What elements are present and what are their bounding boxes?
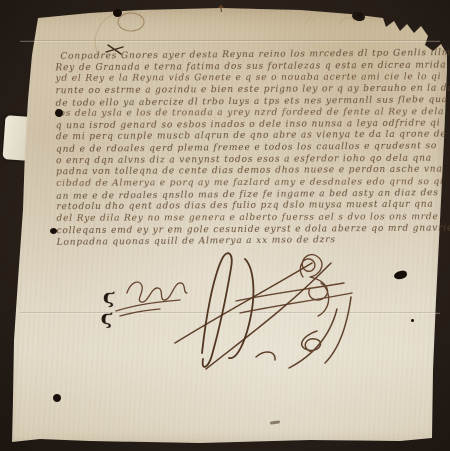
invocation-cross-mark: ✝ xyxy=(216,3,226,15)
ink-blot xyxy=(55,109,63,117)
photo-background: Conpadres Gnores ayer desta Reyna reino … xyxy=(0,0,450,451)
margin-curl-mark: ϛ xyxy=(100,306,114,328)
ink-blot xyxy=(53,394,61,402)
ink-blot xyxy=(113,9,122,17)
ink-blot xyxy=(411,319,414,322)
ink-blot xyxy=(357,13,362,17)
manuscript-text-block: Conpadres Gnores ayer desta Reyna reino … xyxy=(55,49,428,249)
ink-blot xyxy=(50,228,57,234)
